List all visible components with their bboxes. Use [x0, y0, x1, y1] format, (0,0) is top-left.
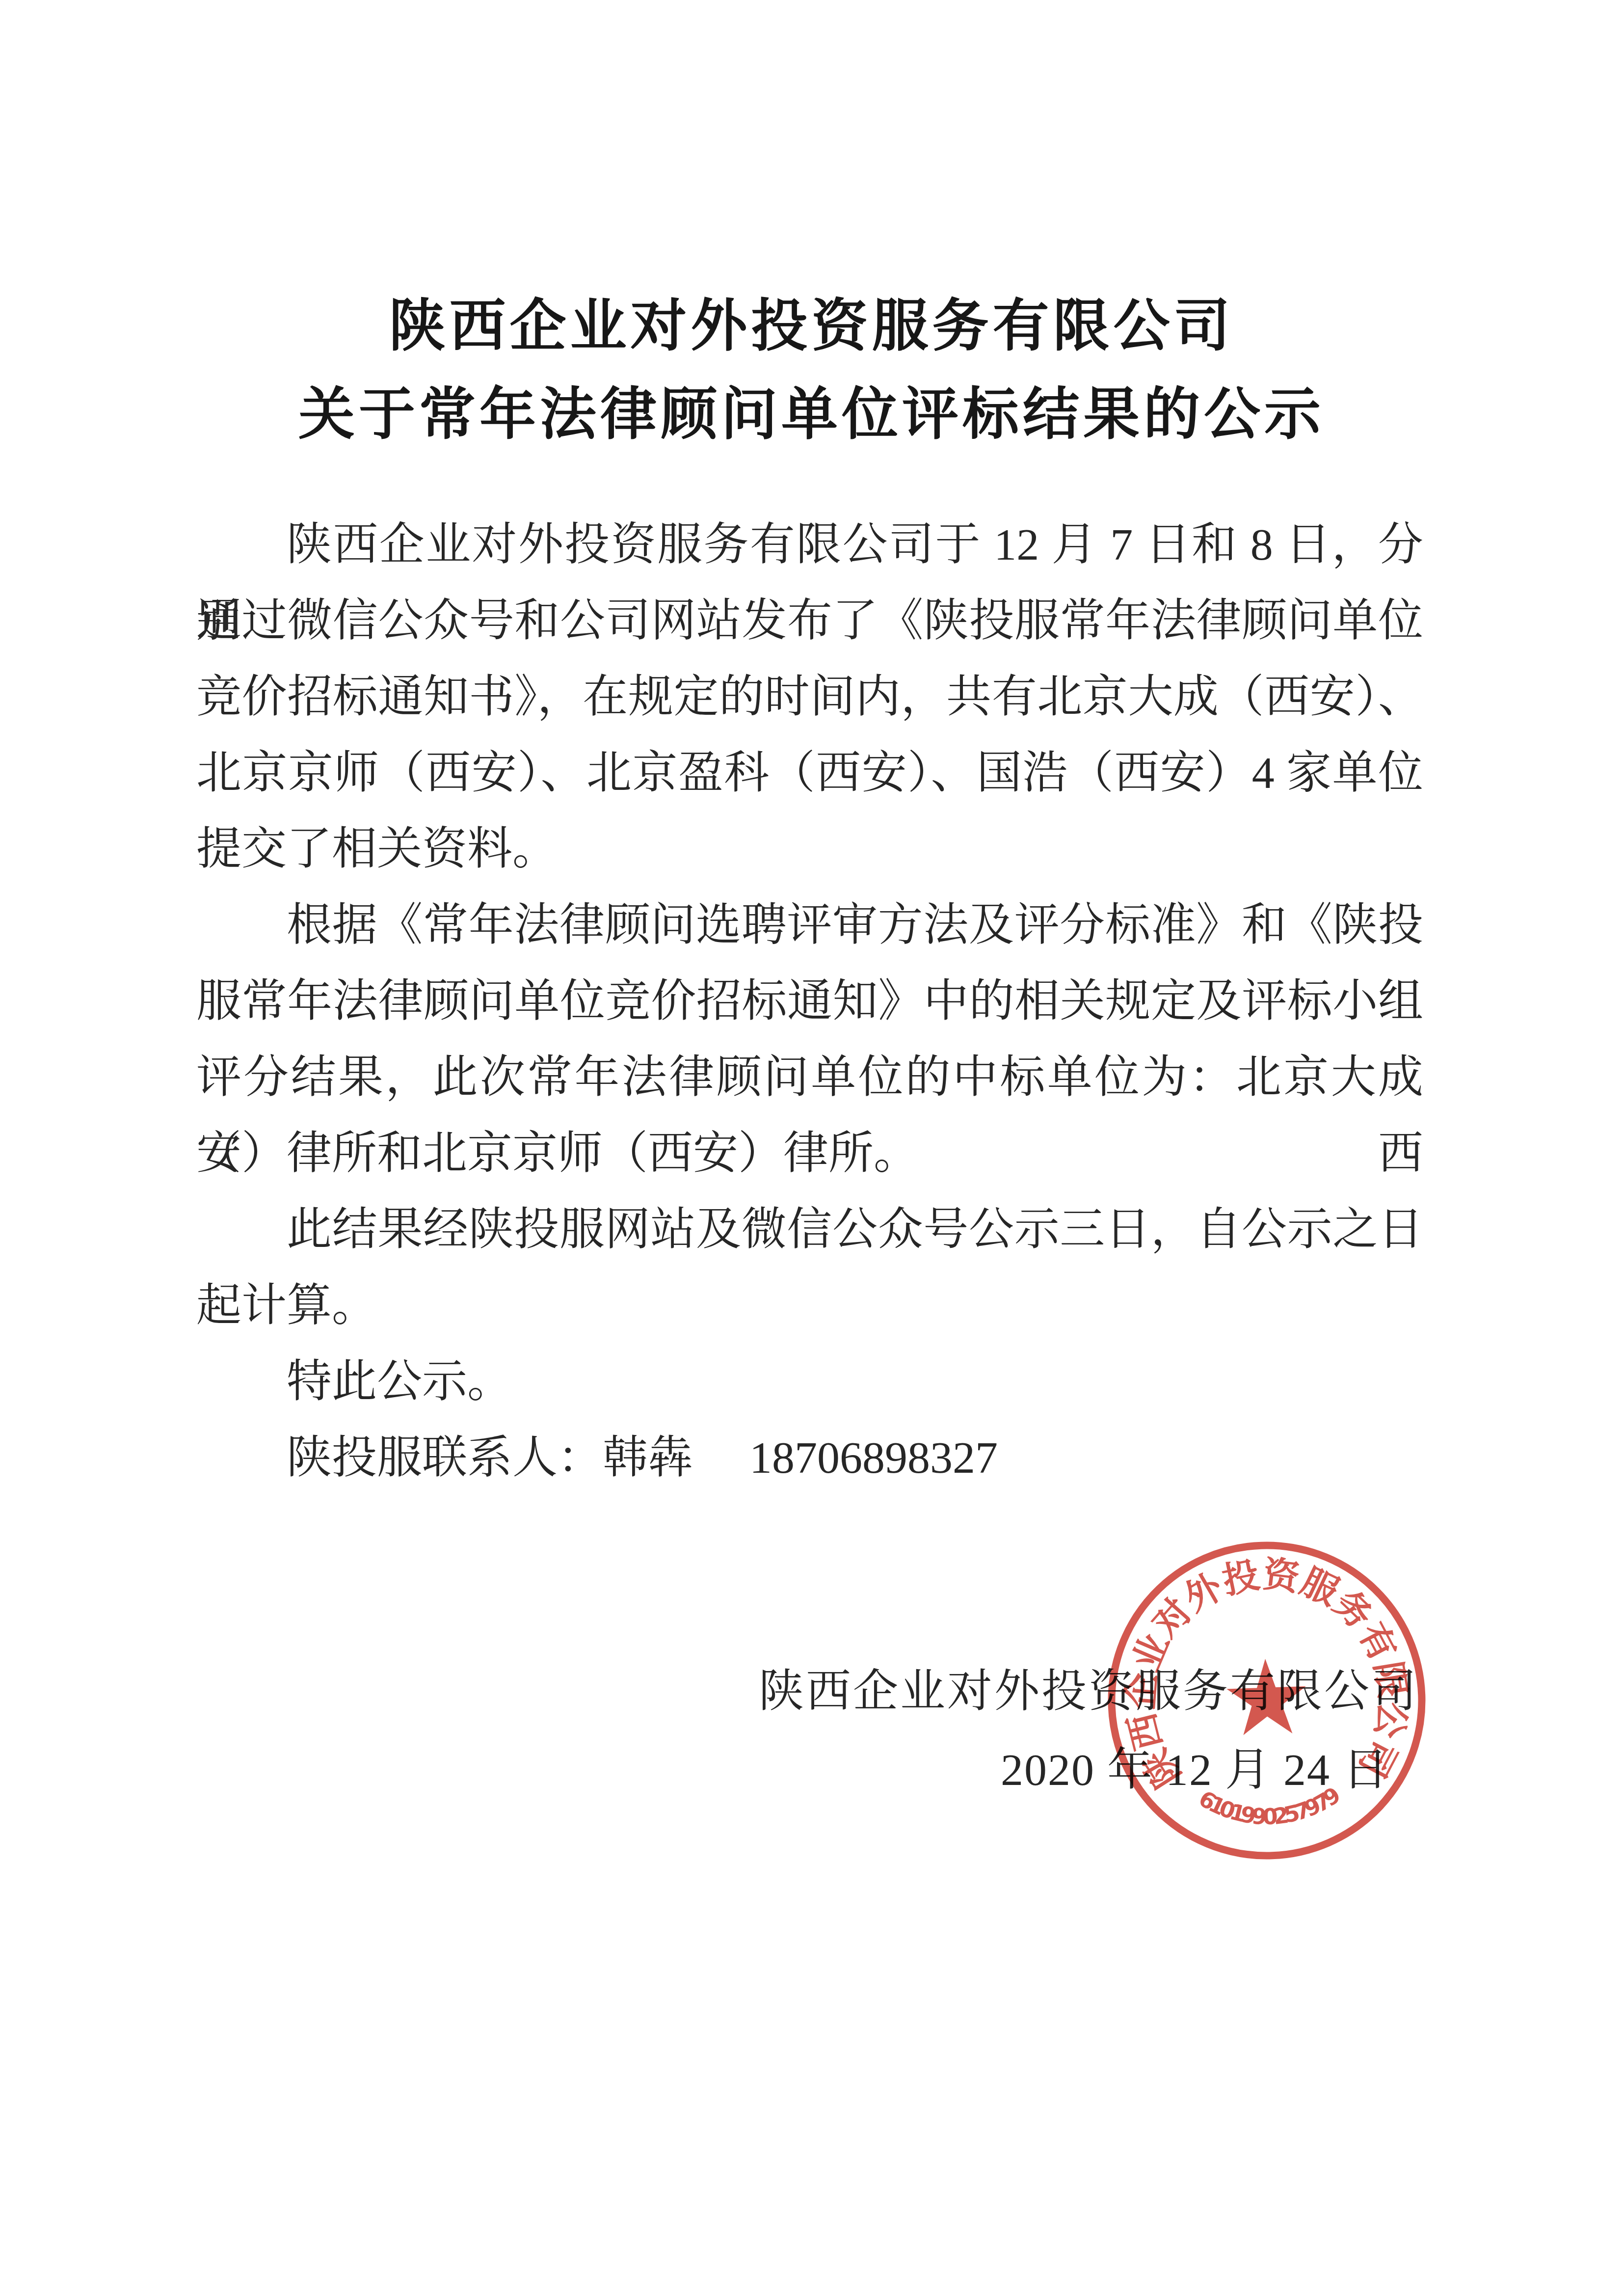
- body-line: 竞价招标通知书》，在规定的时间内，共有北京大成（西安）、: [196, 659, 1423, 735]
- body-line: 评分结果，此次常年法律顾问单位的中标单位为：北京大成（西: [196, 1039, 1423, 1115]
- seal-serial-number: 6101990257979: [1194, 1780, 1348, 1833]
- body-line: 此结果经陕投服网站及微信公众号公示三日，自公示之日: [196, 1191, 1423, 1268]
- star-icon: [1225, 1657, 1307, 1735]
- company-seal: 陕西企业对外投资服务有限公司 6101990257979: [1089, 1523, 1444, 1878]
- body-line: 服常年法律顾问单位竞价招标通知》中的相关规定及评标小组: [196, 963, 1423, 1039]
- body-line: 通过微信公众号和公司网站发布了《陕投服常年法律顾问单位: [196, 583, 1423, 659]
- body-line: 陕西企业对外投资服务有限公司于 12 月 7 日和 8 日，分别: [196, 507, 1423, 583]
- body-line: 起计算。: [196, 1268, 1423, 1344]
- body-line: 特此公示。: [196, 1344, 1423, 1420]
- svg-text:6101990257979: 6101990257979: [1194, 1780, 1348, 1833]
- contact-line: 陕投服联系人：韩犇 18706898327: [196, 1420, 1423, 1496]
- document-title-line1: 陕西企业对外投资服务有限公司: [0, 285, 1623, 368]
- document-title-line2: 关于常年法律顾问单位评标结果的公示: [0, 373, 1623, 457]
- announcement-document: 陕西企业对外投资服务有限公司 关于常年法律顾问单位评标结果的公示 陕西企业对外投…: [0, 0, 1623, 2296]
- body-line: 北京京师（西安）、北京盈科（西安）、国浩（西安）4 家单位: [196, 735, 1423, 811]
- body-line: 提交了相关资料。: [196, 811, 1423, 887]
- body-line: 根据《常年法律顾问选聘评审方法及评分标准》和《陕投: [196, 887, 1423, 963]
- document-body: 陕西企业对外投资服务有限公司于 12 月 7 日和 8 日，分别 通过微信公众号…: [196, 507, 1423, 1496]
